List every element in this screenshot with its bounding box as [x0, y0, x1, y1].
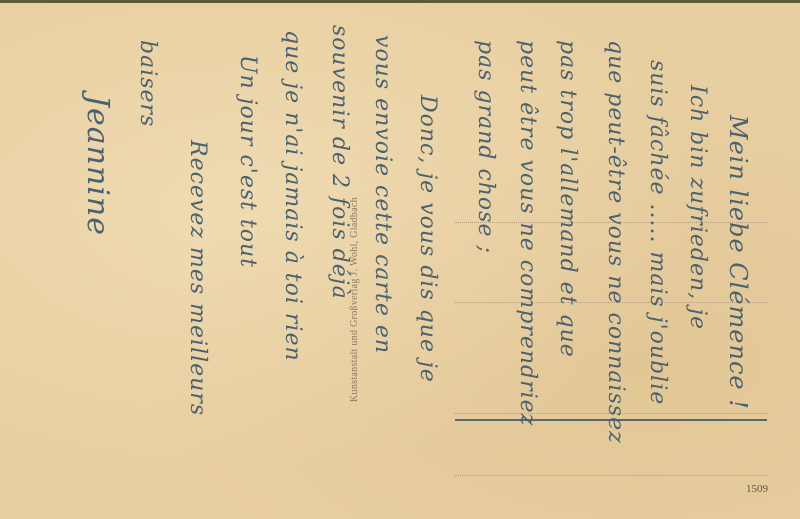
handwriting-line-8: Donc, je vous dis que je [415, 95, 440, 383]
card-top-edge [0, 0, 800, 3]
serial-number: 1509 [746, 483, 768, 495]
handwriting-line-6: peut être vous ne comprendriez [515, 40, 540, 426]
handwriting-line-1: Mein liebe Clémence ! [724, 115, 752, 410]
address-line-4 [455, 475, 767, 476]
handwriting-line-9: vous envoie cette carte en [370, 35, 395, 354]
handwriting-line-3: suis fâchée ..... mais j'oublie [645, 60, 670, 405]
handwriting-line-11: que je n'ai jamais à toi rien [280, 30, 305, 362]
handwriting-line-10: souvenir de 2 fois déjà [327, 25, 352, 300]
handwriting-line-4: que peut-être vous ne connaissez [603, 40, 628, 444]
handwriting-line-5: pas trop l'allemand et que [555, 40, 580, 358]
handwriting-line-2: Ich bin zufrieden, je [685, 85, 710, 330]
handwriting-line-13: Recevez mes meilleurs [185, 140, 210, 416]
postcard: Kunstanstalt und Großverlag J. Wohl, Gla… [0, 0, 800, 519]
handwriting-line-12: Un jour c'est tout [235, 55, 260, 268]
signature: Jeannine [80, 95, 115, 236]
handwriting-line-7: pas grand chose ; [473, 40, 498, 254]
handwriting-line-14: baisers [135, 40, 160, 127]
